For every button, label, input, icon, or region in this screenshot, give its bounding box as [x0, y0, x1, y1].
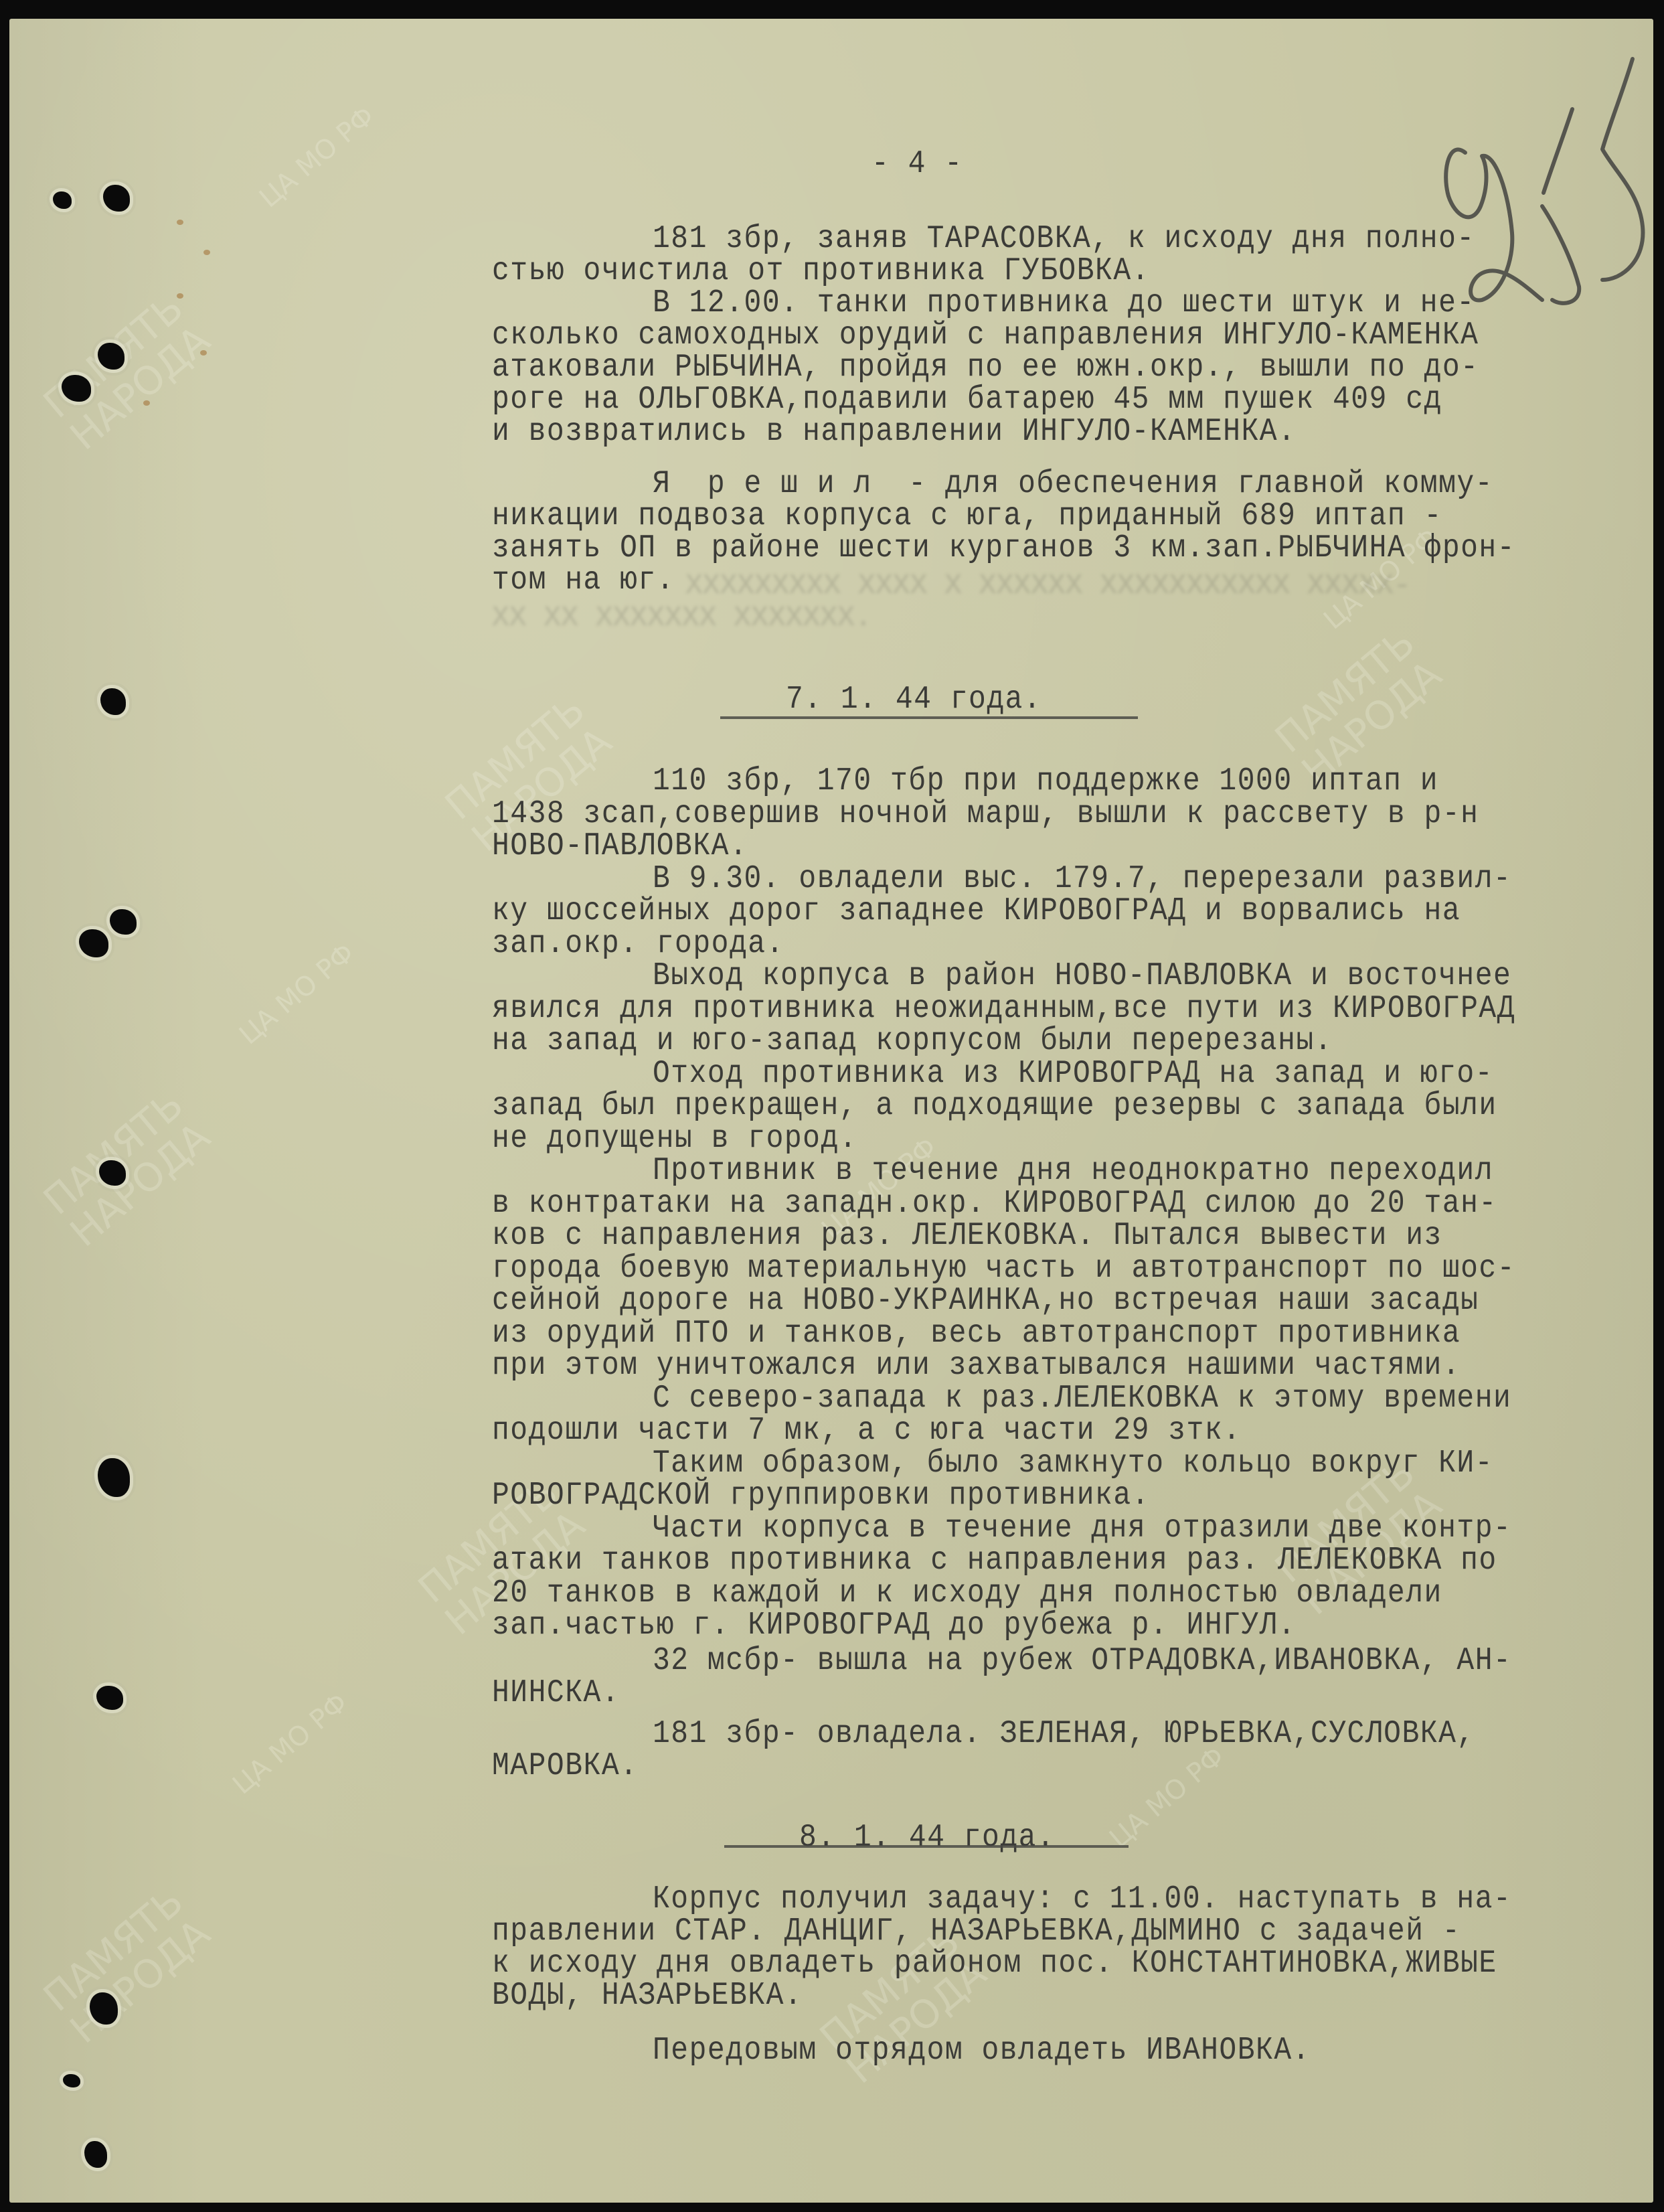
- binder-hole: [110, 909, 137, 935]
- text-line: зап.окр. города.: [492, 926, 784, 962]
- text-line: НОВО-ПАВЛОВКА.: [492, 828, 748, 864]
- date-heading: 8. 1. 44 года.: [799, 1820, 1055, 1856]
- text-line: 20 танков в каждой и к исходу дня полнос…: [492, 1575, 1442, 1611]
- text-line: 181 збр, заняв ТАРАСОВКА, к исходу дня п…: [653, 221, 1475, 257]
- watermark-camo: ЦА МО РФ: [224, 1683, 357, 1804]
- text-line: 1438 зсап,совершив ночной марш, вышли к …: [492, 796, 1479, 832]
- date-heading: 7. 1. 44 года.: [786, 682, 1042, 718]
- text-line: 110 збр, 170 тбр при поддержке 1000 ипта…: [653, 763, 1438, 799]
- text-line: Передовым отрядом овладеть ИВАНОВКА.: [653, 2033, 1311, 2069]
- text-line: правлении СТАР. ДАНЦИГ, НАЗАРЬЕВКА,ДЫМИН…: [492, 1913, 1461, 1950]
- watermark-pamyat-naroda: ПАМЯТЬ НАРОДА: [36, 287, 217, 457]
- binder-hole: [100, 688, 126, 715]
- binder-hole: [63, 2074, 80, 2087]
- text-line: никации подвоза корпуса с юга, приданный…: [492, 498, 1442, 534]
- text-line: стью очистила от противника ГУБОВКА.: [492, 253, 1150, 289]
- text-line: запад был прекращен, а подходящие резерв…: [492, 1088, 1497, 1124]
- page-number: - 4 -: [871, 146, 963, 182]
- binder-hole: [103, 185, 130, 212]
- text-line: Отход противника из КИРОВОГРАД на запад …: [653, 1056, 1493, 1092]
- binder-hole: [84, 2141, 107, 2168]
- rust-spot: [177, 293, 183, 299]
- text-line: МАРОВКА.: [492, 1748, 638, 1784]
- rust-spot: [200, 350, 207, 355]
- text-line: НИНСКА.: [492, 1675, 620, 1711]
- text-line: и возвратились в направлении ИНГУЛО-КАМЕ…: [492, 414, 1296, 450]
- binder-hole: [62, 375, 91, 402]
- text-line: 181 збр- овладела. ЗЕЛЕНАЯ, ЮРЬЕВКА,СУСЛ…: [653, 1716, 1475, 1752]
- text-line: том на юг.: [492, 562, 675, 599]
- text-line: В 9.30. овладели выс. 179.7, перерезали …: [653, 861, 1511, 897]
- binder-hole: [79, 929, 108, 957]
- rust-spot: [203, 250, 210, 255]
- text-line: ков с направления раз. ЛЕЛЕКОВКА. Пыталс…: [492, 1218, 1442, 1254]
- text-line: на запад и юго-запад корпусом были перер…: [492, 1023, 1333, 1059]
- binder-hole: [53, 191, 72, 209]
- text-line: Выход корпуса в район НОВО-ПАВЛОВКА и во…: [653, 958, 1511, 994]
- text-line: не допущены в город.: [492, 1121, 857, 1157]
- text-line: из орудий ПТО и танков, весь автотранспо…: [492, 1316, 1461, 1352]
- binder-hole: [98, 1458, 130, 1497]
- text-line: Я р е ш и л - для обеспечения главной ко…: [653, 466, 1493, 502]
- rust-spot: [143, 400, 150, 406]
- erased-text: ХХ ХХ ХХХХХХХ ХХХХХХХ.: [492, 601, 872, 634]
- watermark-camo: ЦА МО РФ: [250, 96, 384, 218]
- erased-text: ХХХХХХХХХ ХХХХ Х ХХХХХХ ХХХХХХХХХХХ ХХХХ…: [685, 569, 1411, 602]
- text-line: роге на ОЛЬГОВКА,подавили батарею 45 мм …: [492, 382, 1442, 418]
- text-line: зап.частью г. КИРОВОГРАД до рубежа р. ИН…: [492, 1607, 1296, 1644]
- handwritten-archive-number: 215: [1402, 39, 1656, 320]
- binder-hole: [98, 343, 124, 370]
- text-line: занять ОП в районе шести курганов 3 км.з…: [492, 530, 1515, 566]
- text-line: ВОДЫ, НАЗАРЬЕВКА.: [492, 1978, 803, 2014]
- text-line: атаковали РЫБЧИНА, пройдя по ее южн.окр.…: [492, 349, 1479, 386]
- text-line: сколько самоходных орудий с направления …: [492, 317, 1479, 353]
- watermark-camo: ЦА МО РФ: [1100, 1737, 1234, 1858]
- text-line: ку шоссейных дорог западнее КИРОВОГРАД и…: [492, 893, 1461, 929]
- watermark-camo: ЦА МО РФ: [230, 933, 364, 1054]
- text-line: РОВОГРАДСКОЙ группировки противника.: [492, 1478, 1150, 1514]
- text-line: при этом уничтожался или захватывался на…: [492, 1348, 1461, 1384]
- text-line: города боевую материальную часть и автот…: [492, 1251, 1515, 1287]
- watermark-pamyat-naroda: ПАМЯТЬ НАРОДА: [36, 1083, 217, 1254]
- text-line: В 12.00. танки противника до шести штук …: [653, 285, 1475, 321]
- document-page: ПАМЯТЬ НАРОДА ЦА МО РФ ПАМЯТЬ НАРОДА ЦА …: [9, 19, 1653, 2203]
- date-heading-underline: [724, 1845, 1129, 1848]
- text-line: сейной дороге на НОВО-УКРАИНКА,но встреч…: [492, 1283, 1479, 1319]
- text-line: к исходу дня овладеть районом пос. КОНСТ…: [492, 1946, 1497, 1982]
- text-line: в контратаки на западн.окр. КИРОВОГРАД с…: [492, 1186, 1497, 1222]
- text-line: 32 мсбр- вышла на рубеж ОТРАДОВКА,ИВАНОВ…: [653, 1643, 1511, 1679]
- date-heading-underline: [720, 716, 1138, 719]
- text-line: атаки танков противника с направления ра…: [492, 1543, 1497, 1579]
- watermark-pamyat-naroda: ПАМЯТЬ НАРОДА: [36, 1880, 217, 2051]
- text-line: явился для противника неожиданным,все пу…: [492, 991, 1515, 1027]
- text-line: Таким образом, было замкнуто кольцо вокр…: [653, 1445, 1493, 1482]
- svg-text:215: 215: [1402, 39, 1403, 39]
- rust-spot: [177, 220, 183, 225]
- text-line: Части корпуса в течение дня отразили две…: [653, 1510, 1511, 1547]
- text-line: подошли части 7 мк, а с юга части 29 зтк…: [492, 1413, 1241, 1449]
- text-line: С северо-запада к раз.ЛЕЛЕКОВКА к этому …: [653, 1380, 1511, 1417]
- text-line: Корпус получил задачу: с 11.00. наступат…: [653, 1881, 1511, 1917]
- binder-hole: [90, 1992, 118, 2025]
- binder-hole: [96, 1686, 123, 1710]
- binder-hole: [99, 1160, 126, 1186]
- text-line: Противник в течение дня неоднократно пер…: [653, 1153, 1493, 1189]
